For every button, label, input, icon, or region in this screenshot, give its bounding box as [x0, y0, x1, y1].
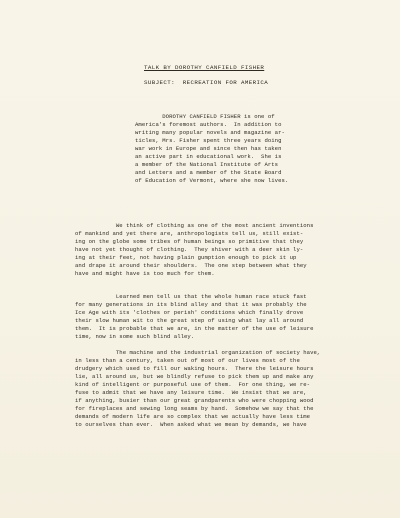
- body-line: of mankind and yet there are, anthropolo…: [75, 230, 303, 238]
- body-line: have and might have is too much for them…: [75, 270, 215, 278]
- body-line: and drape it around their shoulders. The…: [75, 262, 307, 270]
- bio-line: war work in Europe and since then has ta…: [135, 145, 282, 153]
- bio-line: America's foremost authors. In addition …: [135, 121, 282, 129]
- body-line: if anything, busier than our great grand…: [75, 397, 313, 405]
- document-title: TALK BY DOROTHY CANFIELD FISHER: [144, 64, 264, 71]
- bio-line: ticles, Mrs. Fisher spent three years do…: [135, 137, 282, 145]
- bio-line: of Education of Vermont, where she now l…: [135, 177, 288, 185]
- body-line: them. It is probable that we are, in the…: [75, 325, 313, 333]
- body-line: time, now in some such blind alley.: [75, 333, 194, 341]
- body-line: kind of intelligent or purposeful use of…: [75, 381, 310, 389]
- body-line: We think of clothing as one of the most …: [75, 222, 313, 230]
- body-line: have not yet thought of clothing. They s…: [75, 246, 303, 254]
- bio-line: and Letters and a member of the State Bo…: [135, 169, 282, 177]
- body-line: drudgery which used to fill our waking h…: [75, 365, 313, 373]
- document-subject: SUBJECT: RECREATION FOR AMERICA: [144, 79, 268, 86]
- body-line: ing at their feet, not having plain gump…: [75, 254, 296, 262]
- body-line: to ourselves than ever. When asked what …: [75, 421, 307, 429]
- body-line: their slow human wit to the great step o…: [75, 317, 303, 325]
- body-line: for fireplaces and sewing long seams by …: [75, 405, 313, 413]
- body-line: demands of modern life are so complex th…: [75, 413, 310, 421]
- bio-line: writing many popular novels and magazine…: [135, 129, 285, 137]
- body-line: lie, all around us, but we blindly refus…: [75, 373, 313, 381]
- body-line: fuse to admit that we have any leisure t…: [75, 389, 307, 397]
- body-line: The machine and the industrial organizat…: [75, 349, 320, 357]
- body-line: Learned men tell us that the whole human…: [75, 293, 307, 301]
- body-line: in less than a century, taken out of mos…: [75, 357, 300, 365]
- body-line: Ice Age with its 'clothes or perish' con…: [75, 309, 303, 317]
- typewritten-page: TALK BY DOROTHY CANFIELD FISHER SUBJECT:…: [0, 0, 400, 518]
- bio-line: a member of the National Institute of Ar…: [135, 161, 278, 169]
- body-line: for many generations in its blind alley …: [75, 301, 307, 309]
- bio-line: DOROTHY CANFIELD FISHER is one of: [135, 113, 275, 121]
- body-line: ing on the globe some tribes of human be…: [75, 238, 303, 246]
- bio-line: an active part in educational work. She …: [135, 153, 282, 161]
